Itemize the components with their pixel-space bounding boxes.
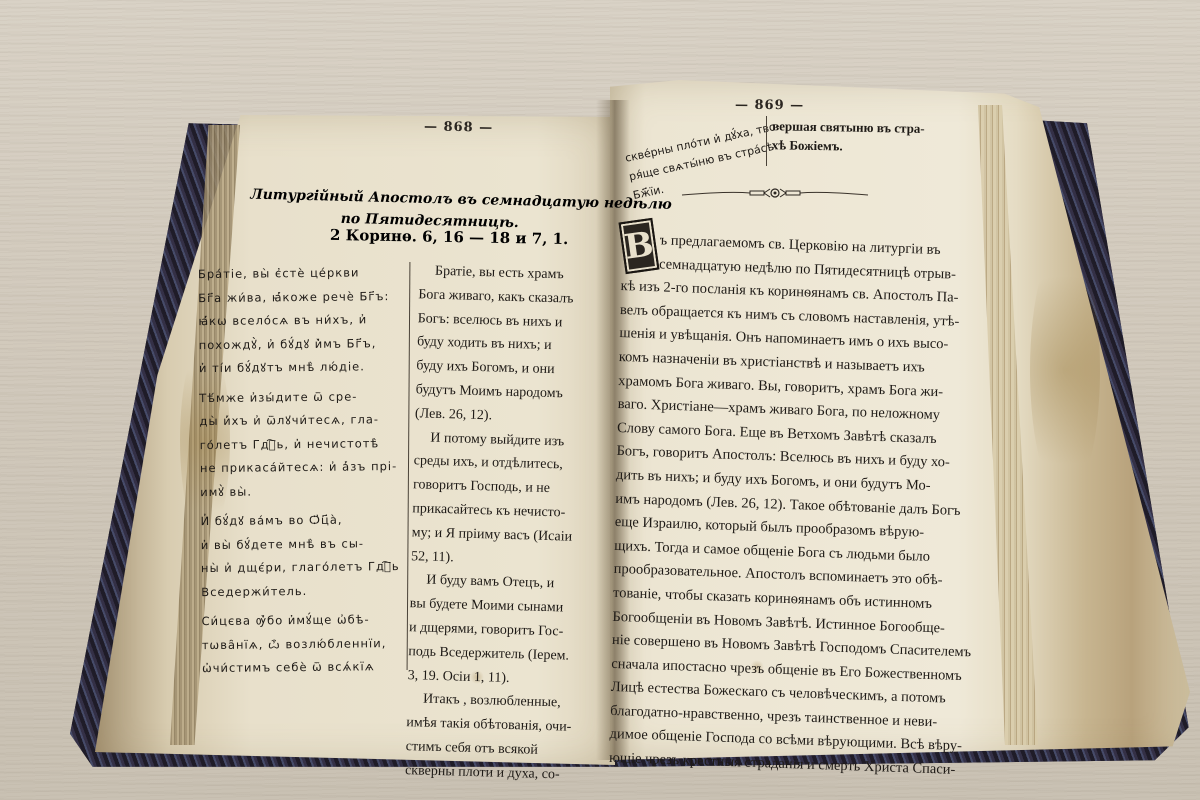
- text-line: Вседержи́тель.: [201, 578, 411, 604]
- commentary-body: ъ предлагаемомъ св. Церковію на литургіи…: [609, 228, 1022, 784]
- text-line: хѣ Божіемъ.: [772, 135, 972, 157]
- book-photo: — 868 — Литургійный Апостолъ въ семнадца…: [0, 0, 1200, 800]
- text-line: и҆ ті́и бꙋ́дꙋтъ мнѣ̀ лю́діе.: [199, 355, 409, 381]
- text-line: Бг҃а жи́ва, ꙗ҆́коже речѐ Бг҃ъ:: [198, 284, 408, 310]
- text-line: тѡва̑нїѧ, ѽ возлю́бленнїи,: [202, 631, 412, 657]
- column-divider: [766, 116, 767, 166]
- text-line: И҆ бꙋ́дꙋ ва́мъ во Ѻ҆ц҃а̀,: [200, 508, 410, 534]
- text-line: Си́цєва ѹ҆̀бо и҆мꙋ́ще ѡ҆бѣ-: [201, 608, 411, 634]
- water-stain: [1030, 240, 1100, 500]
- text-line: и҆ вы̀ бꙋ́дете мнѣ̀ въ сы-: [201, 531, 411, 557]
- page-number-left: — 868 —: [424, 119, 493, 135]
- text-line: ѡ҆чи́стимъ себѐ ѿ всѧ́кїѧ: [202, 655, 412, 681]
- text-line: похождꙋ̀, и҆ бꙋ́дꙋ и҆̀мъ Бг҃ъ,: [199, 331, 409, 357]
- text-line: ны̀ и҆ дщє́ри, глаго́летъ Гдⷭ҇ь: [201, 555, 411, 581]
- text-line: имꙋ̀ вы̀.: [200, 478, 410, 504]
- text-line: Тѣ́мже и҆зы́дите ѿ сре-: [199, 384, 409, 410]
- text-line: не прикаса́йтесѧ: и҆ а҆́зъ прі-: [200, 455, 410, 481]
- page-number-right: — 869 —: [735, 98, 804, 114]
- text-line: ды̀ и҆́хъ и҆ ѿлꙋчи́тесѧ, гла-: [199, 408, 409, 434]
- ornament-icon: [680, 186, 870, 200]
- text-line: ꙗ҆́кѡ всело́сѧ въ ни́хъ, и҆: [198, 308, 408, 334]
- text-line: Бра́тіе, вы̀ є҆стѐ це́ркви: [198, 261, 408, 287]
- text-line: скверны плоти и духа, со-: [405, 759, 606, 788]
- text-line: го́летъ Гдⷭ҇ь, и҆ нечистотѣ̀: [200, 431, 410, 457]
- russian-translation-column: Братіе, вы есть храмъ Бога живаго, какъ …: [405, 259, 620, 788]
- slavonic-column: Бра́тіе, вы̀ є҆стѐ це́ркви Бг҃а жи́ва, ꙗ…: [198, 261, 412, 681]
- russian-continuation: вершая святыню въ стра- хѣ Божіемъ.: [772, 116, 973, 157]
